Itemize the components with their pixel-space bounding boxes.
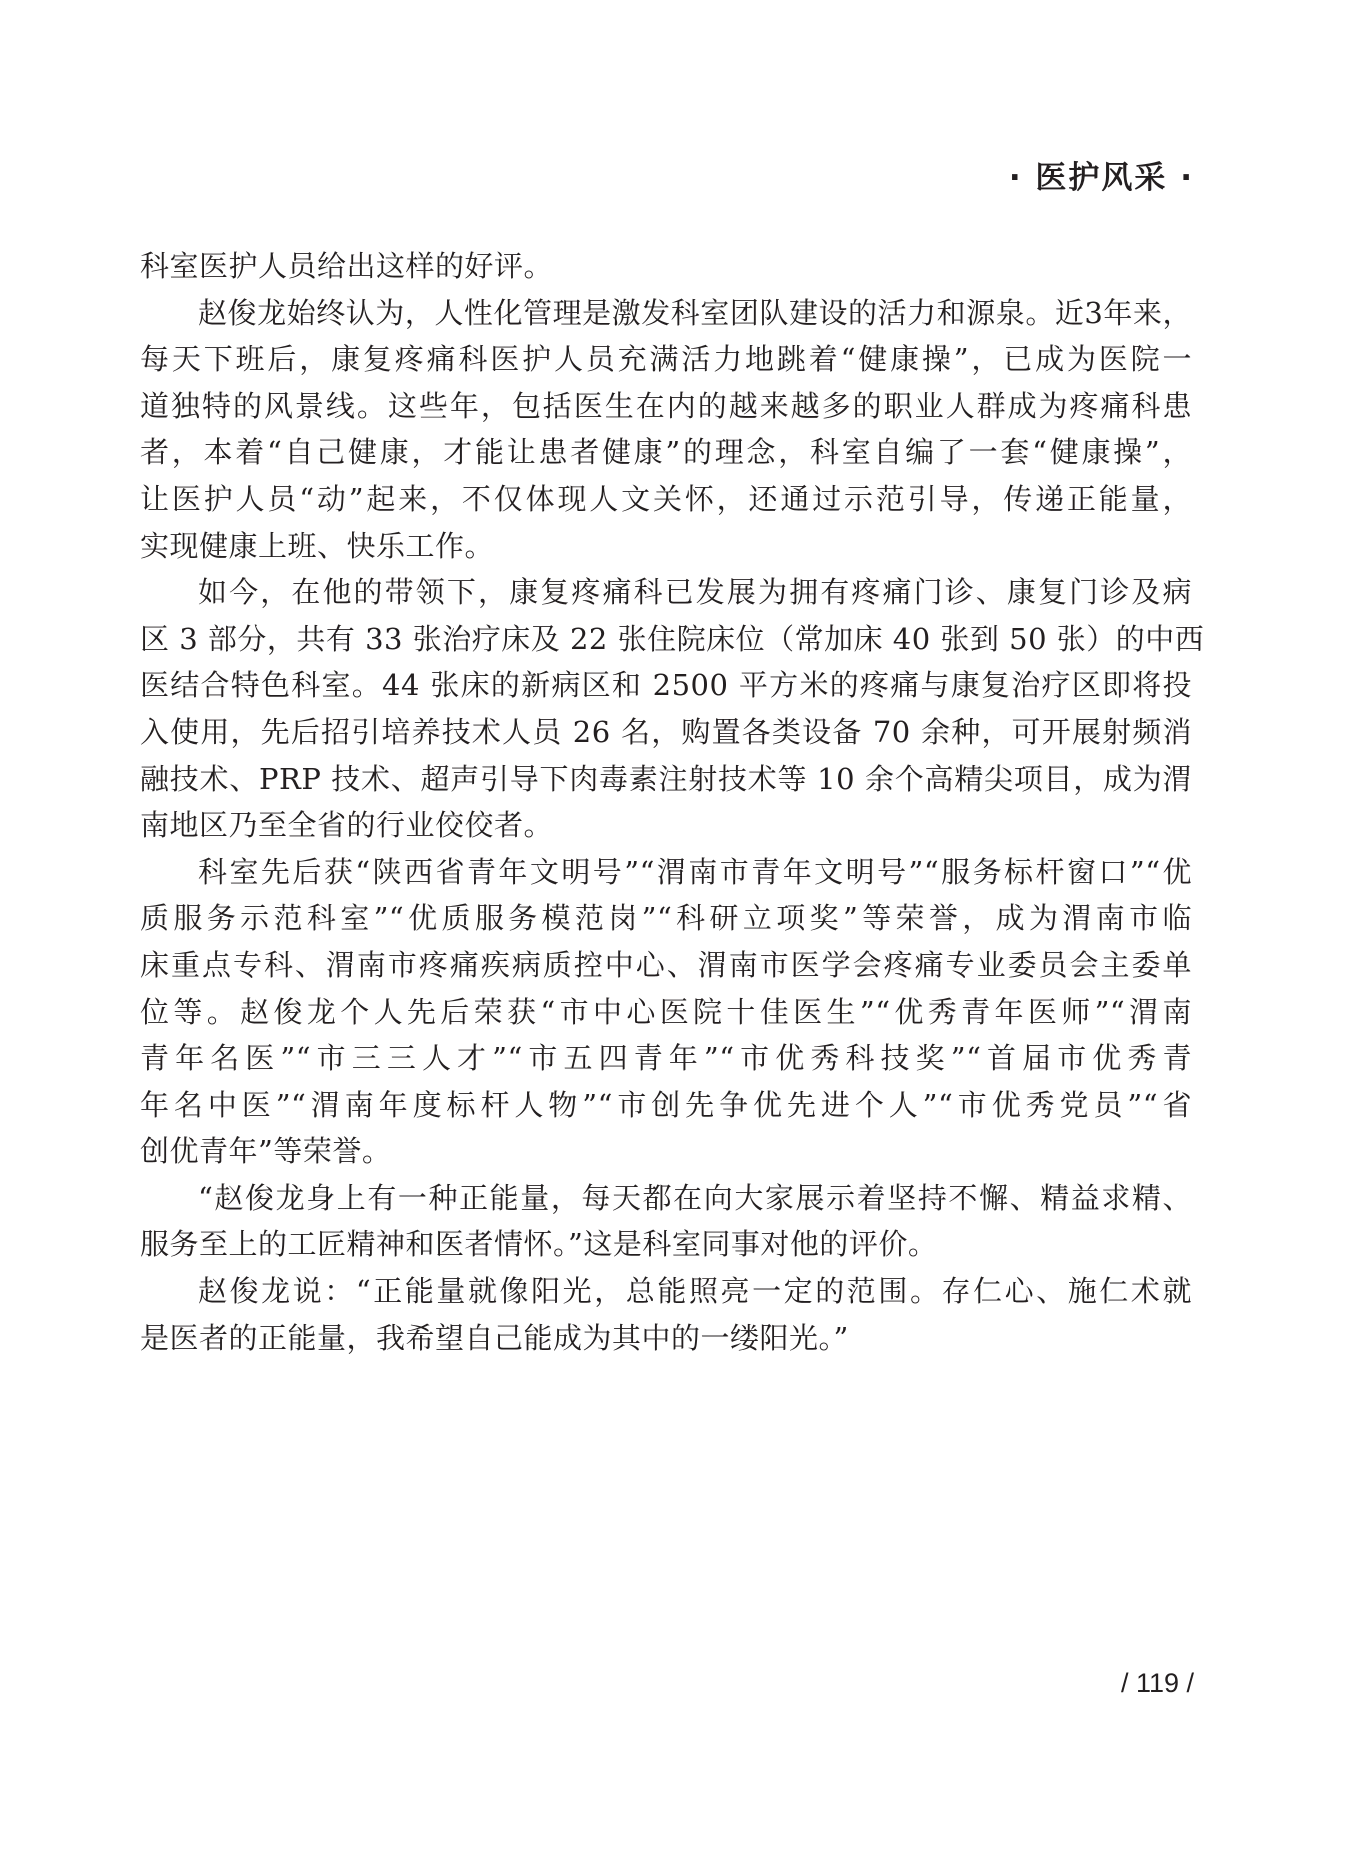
text-line: 质服务示范科室”“优质服务模范岗”“科研立项奖”等荣誉，成为渭南市临 <box>140 895 1192 942</box>
text-line: 入使用，先后招引培养技术人员 26 名，购置各类设备 70 余种，可开展射频消 <box>140 709 1192 756</box>
text-line: 赵俊龙说：“正能量就像阳光，总能照亮一定的范围。存仁心、施仁术就 <box>140 1268 1192 1315</box>
paragraph: 赵俊龙说：“正能量就像阳光，总能照亮一定的范围。存仁心、施仁术就 是医者的正能量… <box>140 1268 1192 1361</box>
text-line: 服务至上的工匠精神和医者情怀。”这是科室同事对他的评价。 <box>140 1221 1192 1268</box>
paragraph: 科室先后获“陕西省青年文明号”“渭南市青年文明号”“服务标杆窗口”“优 质服务示… <box>140 849 1192 1175</box>
page-number: / 119 / <box>1121 1668 1194 1699</box>
text-line: 让医护人员“动”起来，不仅体现人文关怀，还通过示范引导，传递正能量， <box>140 476 1192 523</box>
text-line: 是医者的正能量，我希望自己能成为其中的一缕阳光。” <box>140 1315 1192 1362</box>
text-line: 南地区乃至全省的行业佼佼者。 <box>140 802 1192 849</box>
text-line: 每天下班后，康复疼痛科医护人员充满活力地跳着“健康操”，已成为医院一 <box>140 336 1192 383</box>
paragraph: 科室医护人员给出这样的好评。 <box>140 243 1192 290</box>
text-line: 青年名医”“市三三人才”“市五四青年”“市优秀科技奖”“首届市优秀青 <box>140 1035 1192 1082</box>
book-page: · 医护风采 · 科室医护人员给出这样的好评。 赵俊龙始终认为，人性化管理是激发… <box>0 0 1362 1858</box>
text-line: 如今，在他的带领下，康复疼痛科已发展为拥有疼痛门诊、康复门诊及病 <box>140 569 1192 616</box>
text-line: 位等。赵俊龙个人先后荣获“市中心医院十佳医生”“优秀青年医师”“渭南 <box>140 989 1192 1036</box>
paragraph: 赵俊龙始终认为，人性化管理是激发科室团队建设的活力和源泉。近3年来， 每天下班后… <box>140 290 1192 570</box>
text-line: 融技术、PRP 技术、超声引导下肉毒素注射技术等 10 余个高精尖项目，成为渭 <box>140 756 1192 803</box>
text-line: “赵俊龙身上有一种正能量，每天都在向大家展示着坚持不懈、精益求精、 <box>140 1175 1192 1222</box>
paragraph: “赵俊龙身上有一种正能量，每天都在向大家展示着坚持不懈、精益求精、 服务至上的工… <box>140 1175 1192 1268</box>
text-line: 区 3 部分，共有 33 张治疗床及 22 张住院床位（常加床 40 张到 50… <box>140 616 1192 663</box>
text-line: 科室先后获“陕西省青年文明号”“渭南市青年文明号”“服务标杆窗口”“优 <box>140 849 1192 896</box>
running-head: · 医护风采 · <box>1009 152 1194 197</box>
text-line: 实现健康上班、快乐工作。 <box>140 523 1192 570</box>
paragraph: 如今，在他的带领下，康复疼痛科已发展为拥有疼痛门诊、康复门诊及病 区 3 部分，… <box>140 569 1192 849</box>
text-line: 者，本着“自己健康，才能让患者健康”的理念，科室自编了一套“健康操”， <box>140 429 1192 476</box>
text-line: 科室医护人员给出这样的好评。 <box>140 243 1192 290</box>
text-line: 道独特的风景线。这些年，包括医生在内的越来越多的职业人群成为疼痛科患 <box>140 383 1192 430</box>
text-line: 赵俊龙始终认为，人性化管理是激发科室团队建设的活力和源泉。近3年来， <box>140 290 1192 337</box>
text-line: 床重点专科、渭南市疼痛疾病质控中心、渭南市医学会疼痛专业委员会主委单 <box>140 942 1192 989</box>
text-line: 年名中医”“渭南年度标杆人物”“市创先争优先进个人”“市优秀党员”“省 <box>140 1082 1192 1129</box>
text-line: 创优青年”等荣誉。 <box>140 1128 1192 1175</box>
text-line: 医结合特色科室。44 张床的新病区和 2500 平方米的疼痛与康复治疗区即将投 <box>140 662 1192 709</box>
body-text: 科室医护人员给出这样的好评。 赵俊龙始终认为，人性化管理是激发科室团队建设的活力… <box>140 243 1192 1361</box>
